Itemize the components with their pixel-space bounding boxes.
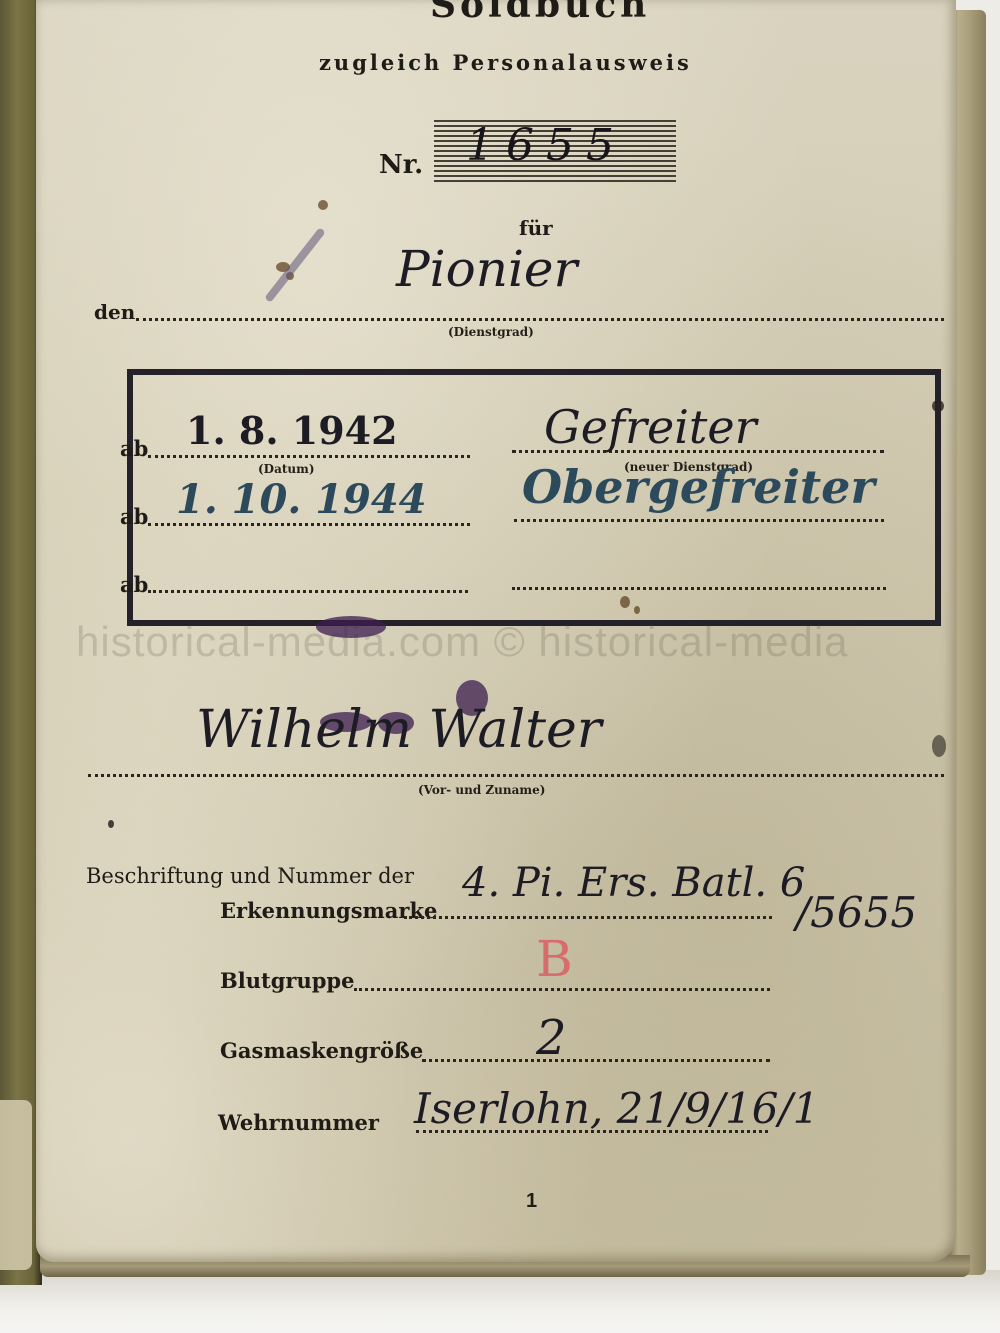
cover-tab	[0, 1100, 32, 1270]
promotion-rank-2: Obergefreiter	[522, 460, 875, 514]
stain-mark	[932, 735, 946, 757]
page-number: 1	[526, 1190, 537, 1213]
stain-mark	[932, 400, 944, 412]
document-title: Soldbuch	[430, 0, 650, 26]
blood-group-value: B	[536, 930, 573, 988]
gas-mask-value: 2	[536, 1010, 567, 1066]
document-subtitle: zugleich Personalausweis	[319, 50, 692, 75]
name-value: Wilhelm Walter	[196, 700, 602, 760]
id-tag-label-line2: Erkennungsmarke	[220, 898, 437, 923]
document-page: Soldbuch zugleich Personalausweis Nr. 16…	[36, 0, 956, 1262]
pencil-stroke	[264, 227, 326, 303]
promotion-rank-line-2	[514, 519, 884, 522]
promotion-prefix-2: ab	[120, 504, 148, 529]
ink-blot	[316, 616, 386, 638]
rank-line	[136, 318, 944, 321]
promotion-date-1: 1. 8. 1942	[186, 408, 398, 453]
service-number-label: Wehrnummer	[218, 1110, 379, 1135]
id-tag-label-line1: Beschriftung und Nummer der	[86, 864, 414, 888]
promotion-rank-line-3	[512, 587, 886, 590]
id-tag-line	[404, 916, 772, 919]
stain-mark	[108, 820, 114, 828]
gas-mask-line	[422, 1059, 770, 1062]
gas-mask-label: Gasmaskengröße	[220, 1038, 423, 1063]
watermark: historical-media.com © historical-media	[76, 618, 849, 666]
rank-caption: (Dienstgrad)	[448, 325, 534, 339]
rank-value: Pionier	[396, 240, 577, 298]
blood-group-label: Blutgruppe	[220, 968, 354, 993]
stain-mark	[634, 606, 640, 614]
promotion-date-line-3	[148, 590, 468, 593]
promotion-date-line-2	[148, 523, 470, 526]
stain-mark	[318, 200, 328, 210]
number-label: Nr.	[379, 150, 423, 180]
blood-group-line	[354, 988, 770, 991]
id-tag-value: 4. Pi. Ers. Batl. 6	[462, 860, 805, 906]
id-tag-number: /5655	[796, 888, 917, 937]
name-line	[88, 774, 944, 777]
table-surface	[0, 1270, 1000, 1333]
promotion-rank-1: Gefreiter	[544, 400, 757, 454]
promotion-prefix-3: ab	[120, 572, 148, 597]
for-label: für	[519, 216, 553, 240]
promotion-date-2: 1. 10. 1944	[176, 476, 427, 523]
name-caption: (Vor- und Zuname)	[418, 783, 545, 797]
service-number-value: Iserlohn, 21/9/16/1	[414, 1084, 819, 1133]
promotion-date-line-1	[148, 455, 470, 458]
stain-mark	[620, 596, 630, 608]
number-value: 1655	[466, 120, 626, 171]
date-caption: (Datum)	[258, 462, 315, 476]
den-label: den	[94, 300, 135, 324]
promotion-prefix-1: ab	[120, 436, 148, 461]
